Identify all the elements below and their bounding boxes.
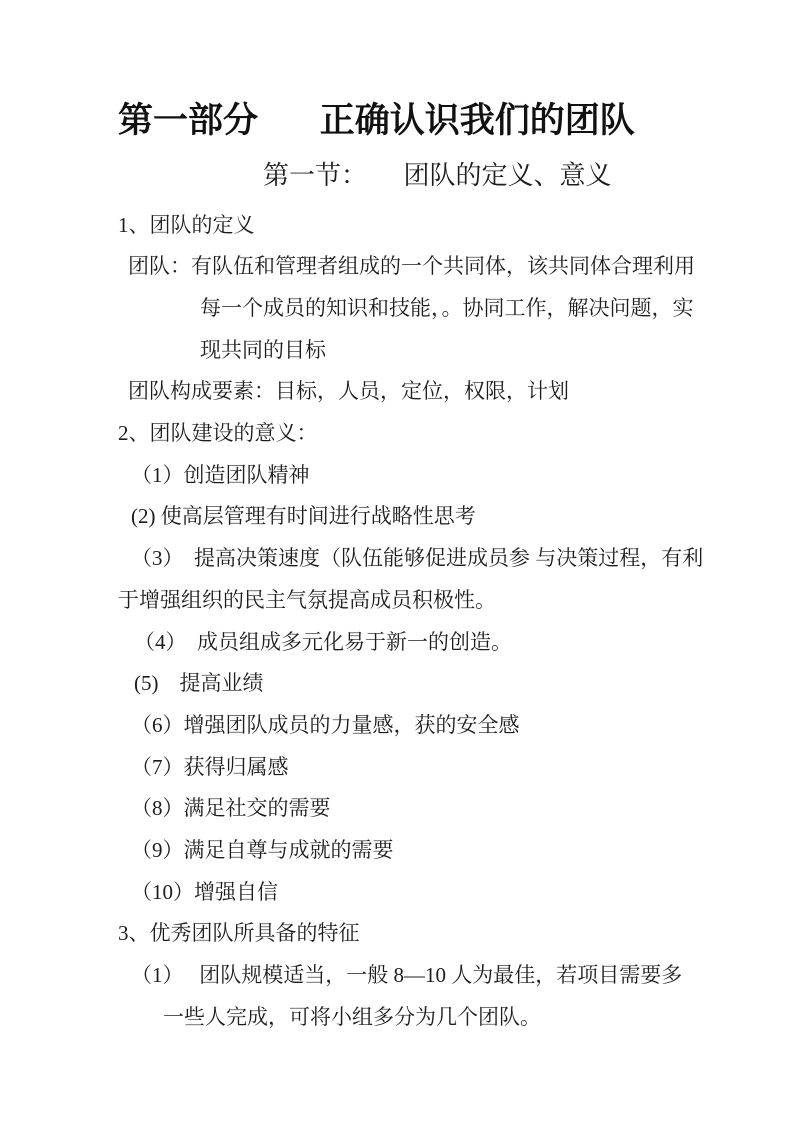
text-line: 团队：有队伍和管理者组成的一个共同体，该共同体合理利用 (118, 246, 683, 288)
text-line: （8）满足社交的需要 (118, 788, 683, 830)
text-line: 团队构成要素：目标，人员，定位，权限，计划 (118, 371, 683, 413)
document-title: 第一部分 正确认识我们的团队 (118, 98, 683, 144)
document-page: 第一部分 正确认识我们的团队 第一节： 团队的定义、意义 1、团队的定义团队：有… (0, 0, 793, 1122)
text-line: 于增强组织的民主气氛提高成员积极性。 (118, 580, 683, 622)
title-main-text: 正确认识我们的团队 (320, 101, 635, 140)
section-label: 第一节： (263, 161, 367, 190)
text-line: 每一个成员的知识和技能，。协同工作，解决问题，实 (118, 288, 683, 330)
text-line: 现共同的目标 (118, 330, 683, 372)
text-line: 一些人完成，可将小组多分为几个团队。 (118, 997, 683, 1039)
title-part-label: 第一部分 (118, 101, 258, 140)
section-heading: 第一节： 团队的定义、意义 (118, 156, 683, 195)
text-line: 2、团队建设的意义： (118, 413, 683, 455)
text-line: （1）创造团队精神 (118, 455, 683, 497)
text-line: （10）增强自信 (118, 872, 683, 914)
text-line: 1、团队的定义 (118, 205, 683, 247)
text-line: (5) 提高业绩 (118, 663, 683, 705)
text-line: （4） 成员组成多元化易于新一的创造。 (118, 622, 683, 664)
text-line: (2) 使高层管理有时间进行战略性思考 (118, 496, 683, 538)
document-body: 1、团队的定义团队：有队伍和管理者组成的一个共同体，该共同体合理利用每一个成员的… (118, 205, 683, 1039)
text-line: （6）增强团队成员的力量感，获的安全感 (118, 705, 683, 747)
text-line: （3） 提高决策速度（队伍能够促进成员参 与决策过程，有利 (118, 538, 683, 580)
text-line: （1） 团队规模适当，一般 8—10 人为最佳，若项目需要多 (118, 955, 683, 997)
section-title-text: 团队的定义、意义 (404, 161, 612, 190)
text-line: 3、优秀团队所具备的特征 (118, 913, 683, 955)
text-line: （9）满足自尊与成就的需要 (118, 830, 683, 872)
text-line: （7）获得归属感 (118, 747, 683, 789)
